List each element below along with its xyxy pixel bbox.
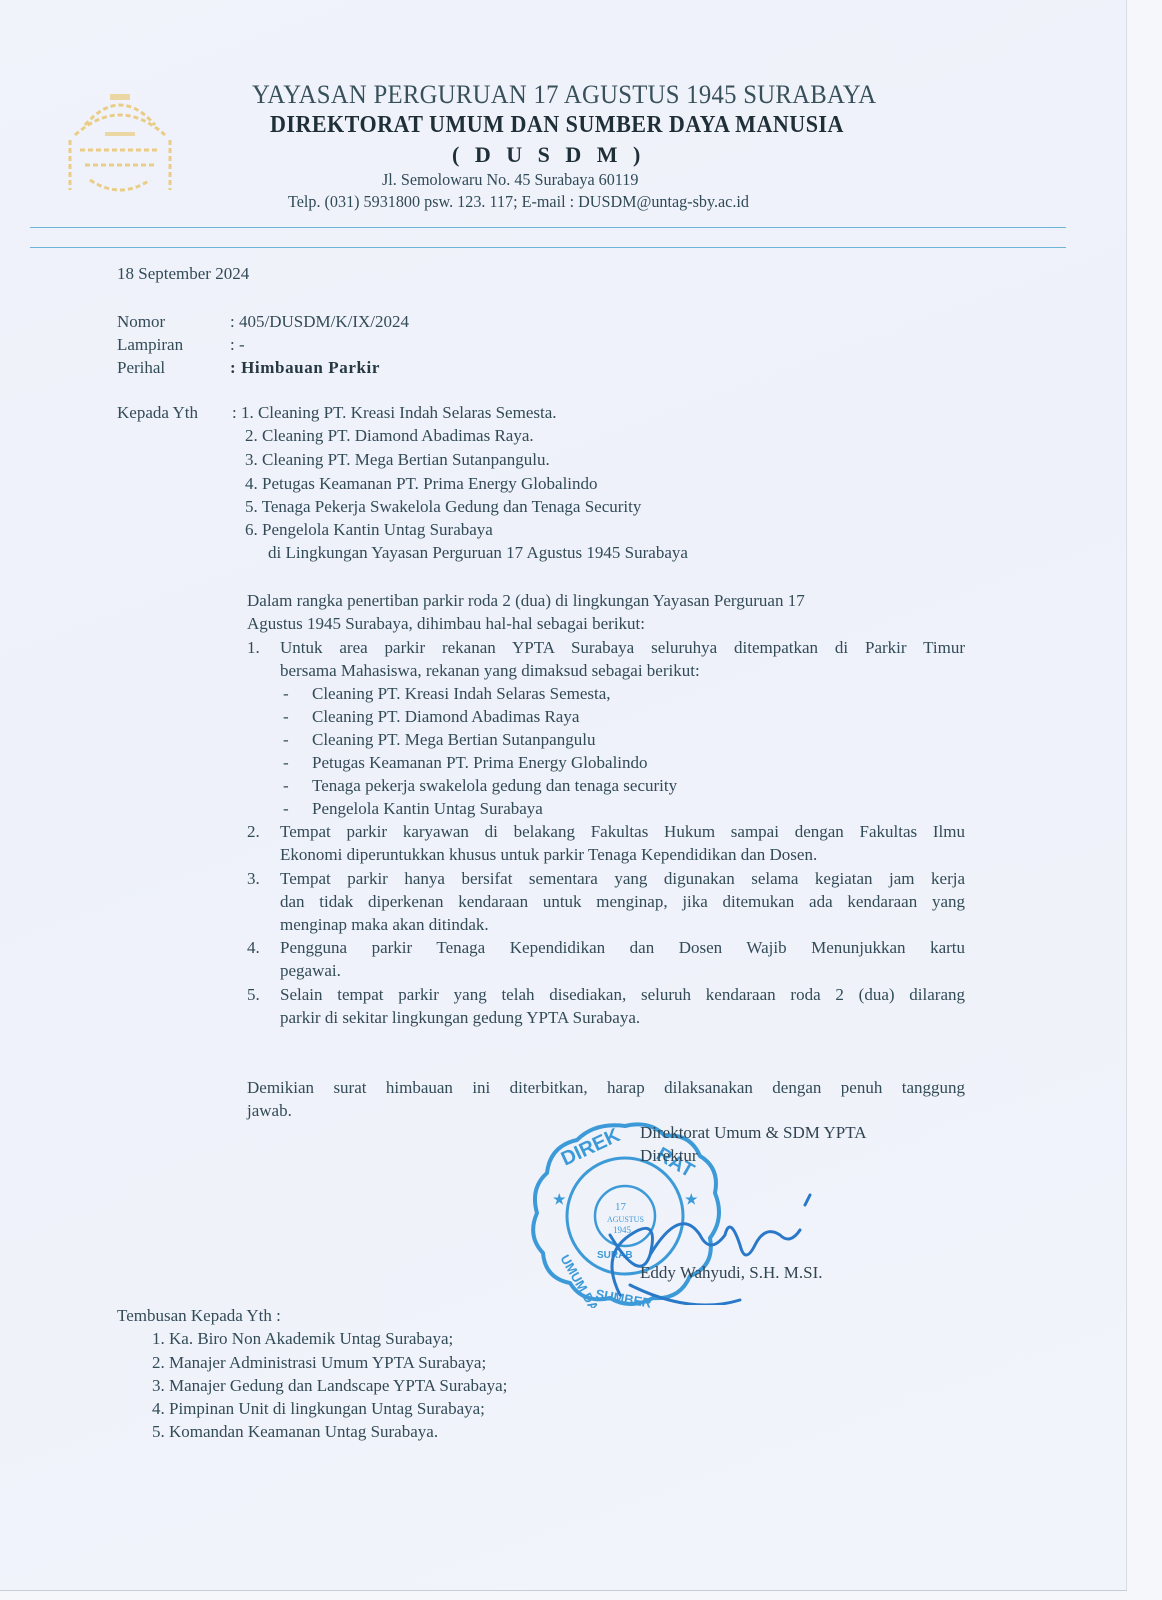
point-5-line2: parkir di sekitar lingkungan gedung YPTA…	[280, 1008, 640, 1028]
point-3-line1: Tempat parkir hanya bersifat sementara y…	[280, 869, 965, 889]
point-3-line3: menginap maka akan ditindak.	[280, 915, 489, 935]
cc-item: 2. Manajer Administrasi Umum YPTA Suraba…	[152, 1353, 486, 1373]
cc-item: 5. Komandan Keamanan Untag Surabaya.	[152, 1422, 438, 1442]
letterhead-rule-bottom	[30, 247, 1066, 248]
recipient-item: 3. Cleaning PT. Mega Bertian Sutanpangul…	[245, 450, 550, 470]
closing-line2: jawab.	[247, 1101, 292, 1121]
closing-line1: Demikian surat himbauan ini diterbitkan,…	[247, 1078, 965, 1098]
recipient-item: 6. Pengelola Kantin Untag Surabaya	[245, 520, 493, 540]
point-number: 5.	[247, 985, 260, 1005]
point-2-line1: Tempat parkir karyawan di belakang Fakul…	[280, 822, 965, 842]
svg-text:★: ★	[553, 1191, 566, 1207]
sublist-item: Petugas Keamanan PT. Prima Energy Global…	[312, 753, 648, 773]
cc-label: Tembusan Kepada Yth :	[117, 1306, 281, 1326]
dash-bullet: -	[283, 799, 289, 819]
dash-bullet: -	[283, 684, 289, 704]
sublist-item: Pengelola Kantin Untag Surabaya	[312, 799, 543, 819]
cc-item: 4. Pimpinan Unit di lingkungan Untag Sur…	[152, 1399, 485, 1419]
recipients-location: di Lingkungan Yayasan Perguruan 17 Agust…	[268, 543, 688, 563]
recipient-item: 2. Cleaning PT. Diamond Abadimas Raya.	[245, 426, 534, 446]
dash-bullet: -	[283, 753, 289, 773]
point-1-line2: bersama Mahasiswa, rekanan yang dimaksud…	[280, 661, 700, 681]
meta-label-nomor: Nomor	[117, 312, 165, 332]
dash-bullet: -	[283, 730, 289, 750]
recipient-item: 5. Tenaga Pekerja Swakelola Gedung dan T…	[245, 497, 641, 517]
letterhead-rule-top	[30, 227, 1066, 228]
cc-item: 3. Manajer Gedung dan Landscape YPTA Sur…	[152, 1376, 507, 1396]
point-3-line2: dan tidak diperkenan kendaraan untuk men…	[280, 892, 965, 912]
point-number: 1.	[247, 638, 260, 658]
signature-org: Direktorat Umum & SDM YPTA	[640, 1123, 867, 1143]
meta-value-lampiran: : -	[230, 335, 245, 355]
point-2-line2: Ekonomi diperuntukkan khusus untuk parki…	[280, 845, 817, 865]
handwritten-signature-icon	[590, 1175, 850, 1305]
body-intro-line2: Agustus 1945 Surabaya, dihimbau hal-hal …	[247, 614, 645, 634]
contact-info: Telp. (031) 5931800 psw. 123. 117; E-mai…	[288, 192, 749, 212]
meta-label-lampiran: Lampiran	[117, 335, 183, 355]
directorate-name: DIREKTORAT UMUM DAN SUMBER DAYA MANUSIA	[270, 112, 844, 139]
recipients-label: Kepada Yth	[117, 403, 198, 423]
intro-text: Dalam rangka penertiban parkir roda 2 (d…	[247, 591, 805, 611]
dash-bullet: -	[283, 707, 289, 727]
sublist-item: Cleaning PT. Diamond Abadimas Raya	[312, 707, 579, 727]
point-5-line1: Selain tempat parkir yang telah disediak…	[280, 985, 965, 1005]
signatory-name: Eddy Wahyudi, S.H. M.SI.	[640, 1263, 823, 1283]
letter-date: 18 September 2024	[117, 264, 249, 284]
sublist-item: Cleaning PT. Kreasi Indah Selaras Semest…	[312, 684, 611, 704]
sublist-item: Cleaning PT. Mega Bertian Sutanpangulu	[312, 730, 595, 750]
signature-title: Direktur	[640, 1146, 698, 1166]
foundation-name: YAYASAN PERGURUAN 17 AGUSTUS 1945 SURABA…	[252, 80, 876, 110]
recipient-item: 4. Petugas Keamanan PT. Prima Energy Glo…	[245, 474, 598, 494]
cc-item: 1. Ka. Biro Non Akademik Untag Surabaya;	[152, 1329, 453, 1349]
meta-label-perihal: Perihal	[117, 358, 165, 378]
point-4-line2: pegawai.	[280, 961, 341, 981]
university-crest-icon	[50, 80, 190, 205]
address: Jl. Semolowaru No. 45 Surabaya 60119	[382, 170, 638, 190]
dash-bullet: -	[283, 776, 289, 796]
recipient-item: : 1. Cleaning PT. Kreasi Indah Selaras S…	[232, 403, 557, 423]
directorate-abbr: ( D U S D M )	[452, 142, 645, 168]
meta-value-nomor: : 405/DUSDM/K/IX/2024	[230, 312, 409, 332]
letter-page: YAYASAN PERGURUAN 17 AGUSTUS 1945 SURABA…	[0, 0, 1127, 1591]
point-4-line1: Pengguna parkir Tenaga Kependidikan dan …	[280, 938, 965, 958]
meta-value-perihal: : Himbauan Parkir	[230, 358, 380, 378]
sublist-item: Tenaga pekerja swakelola gedung dan tena…	[312, 776, 677, 796]
point-number: 4.	[247, 938, 260, 958]
point-number: 3.	[247, 869, 260, 889]
point-number: 2.	[247, 822, 260, 842]
point-1-line1: Untuk area parkir rekanan YPTA Surabaya …	[280, 638, 965, 658]
body-intro-line1: Dalam rangka penertiban parkir roda 2 (d…	[247, 591, 965, 611]
